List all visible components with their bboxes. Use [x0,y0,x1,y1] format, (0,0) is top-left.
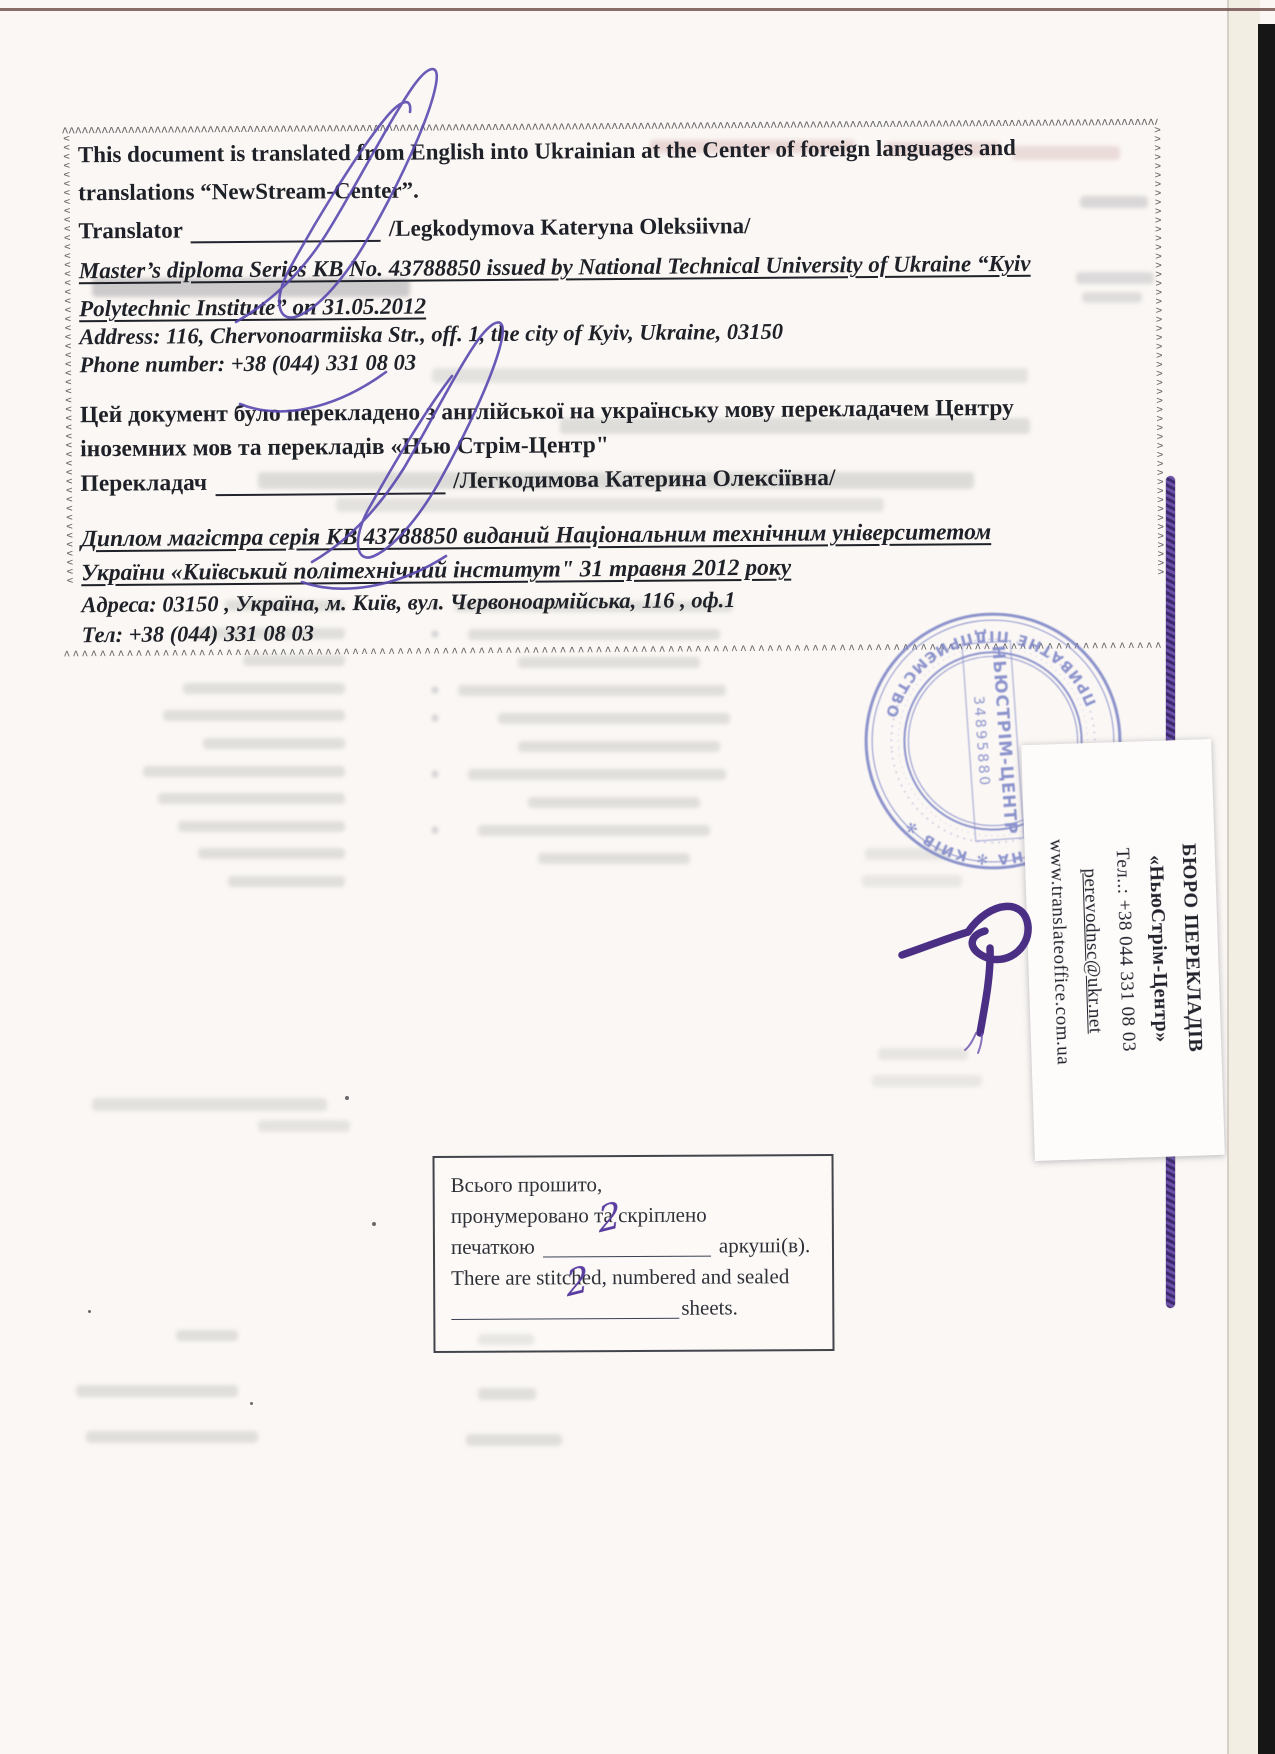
sheet-count-blank-ua [543,1235,711,1258]
ink-speck [345,1096,349,1100]
stitch-ua-line2: пронумеровано та скріплено [451,1199,832,1232]
translator-label-ua: Перекладач [80,470,207,497]
ink-speck [88,1310,91,1313]
stamp-center-name: НЬЮСТРІМ-ЦЕНТР [988,645,1020,835]
zigzag-border-left: vvvvvvvvvvvvvvvvvvvvvvvvvvvvvvvvvvvvvvvv… [59,135,75,651]
translator-line-ua: Перекладач/Легкодимова Катерина Олексіїв… [80,464,835,498]
svg-text:ПРИВАТНЕ ПІДПРИЄМСТВО: ПРИВАТНЕ ПІДПРИЄМСТВО [876,620,1101,723]
stitch-sheets-label-ua: аркуші(в). [719,1233,811,1257]
address-en: Address: 116, Chervonoarmiiska Str., off… [79,319,783,351]
sheet-count-blank-en [451,1297,679,1320]
card-text: БЮРО ПЕРЕКЛАДІВ «НьюСтрім-Центр» Тел..: … [1021,739,1225,1161]
translator-label-en: Translator [78,218,183,244]
phone-en: Phone number: +38 (044) 331 08 03 [79,350,416,379]
scan-shadow-band [1258,24,1275,1754]
stitch-sheets-label-en: sheets. [681,1295,738,1319]
diploma-title-ua-line2: України «Київський політехнічний інститу… [81,555,791,588]
phone-ua: Тел: +38 (044) 331 08 03 [82,620,315,648]
signature-blank-en [191,216,381,244]
ink-speck [250,1402,253,1405]
handwritten-sheet-count-ua: 2 [597,1195,622,1242]
diploma-title-en-line1: Master’s diploma Series КВ No. 43788850 … [79,251,1031,284]
scan-top-edge [0,8,1275,11]
scan-margin-strip [1229,0,1260,1754]
stamp-center-number: 34895880 [970,695,992,788]
signature-blank-ua [215,467,445,495]
address-ua: Адреса: 03150 , Україна, м. Київ, вул. Ч… [81,587,735,618]
diploma-title-en-line2: Polytechnic Institute” on 31.05.2012 [79,294,426,323]
scanned-translation-certificate-page: ʌʌʌʌʌʌʌʌʌʌʌʌʌʌʌʌʌʌʌʌʌʌʌʌʌʌʌʌʌʌʌʌʌʌʌʌʌʌʌʌ… [0,0,1275,1754]
translator-name-ua: /Легкодимова Катерина Олексіївна/ [453,465,836,494]
stitch-ua-line1: Всього прошито, [451,1168,832,1201]
zigzag-border-right: ʌʌʌʌʌʌʌʌʌʌʌʌʌʌʌʌʌʌʌʌʌʌʌʌʌʌʌʌʌʌʌʌʌʌʌʌʌʌʌʌ… [1150,127,1166,643]
ink-speck [372,1222,376,1226]
stitch-ua-line3: печаткоюаркуші(в). [451,1230,832,1263]
stamp-arc-bottom-text: ПРИВАТНЕ ПІДПРИЄМСТВО [876,620,1101,723]
stitch-en-line1: There are stitched, numbered and sealed [451,1261,832,1294]
certification-text-ua-line2: іноземних мов та перекладів «Нью Стрім-Ц… [80,432,609,463]
diploma-title-ua-line1: Диплом магістра серія КВ 43788850 видани… [81,519,991,553]
stitch-certification-box: Всього прошито, пронумеровано та скріпле… [432,1154,834,1353]
stitch-seal-label: печаткою [451,1235,535,1259]
certification-text-en-line2: translations “NewStream-Center”. [78,178,419,207]
translation-bureau-card: БЮРО ПЕРЕКЛАДІВ «НьюСтрім-Центр» Тел..: … [1021,739,1225,1161]
handwritten-sheet-count-en: 2 [565,1259,590,1306]
stitch-en-line2: sheets. [451,1292,832,1325]
translator-name-en: /Legkodymova Kateryna Oleksiivna/ [389,213,751,241]
certification-text-en-line1: This document is translated from English… [78,135,1016,168]
certification-text-ua-line1: Цей документ було перекладено з англійсь… [80,395,1014,429]
zigzag-border-top: ʌʌʌʌʌʌʌʌʌʌʌʌʌʌʌʌʌʌʌʌʌʌʌʌʌʌʌʌʌʌʌʌʌʌʌʌʌʌʌʌ… [62,116,1158,137]
translator-line-en: Translator/Legkodymova Kateryna Oleksiiv… [78,213,750,244]
